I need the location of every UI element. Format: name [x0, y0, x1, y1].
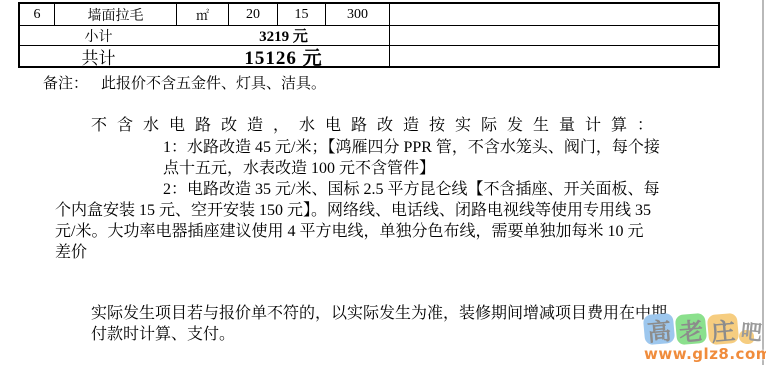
watermark-url: www.glz8.com [644, 345, 766, 363]
remark-label: 备注： [43, 76, 88, 92]
notes-line-6: 差价 [55, 239, 87, 262]
cell-item-no: 6 [20, 4, 55, 26]
agreement-line-2: 付款时计算、支付。 [91, 321, 235, 344]
total-value: 15126 元 [177, 46, 390, 66]
subtotal-extra-cell [390, 26, 718, 46]
notes-line-4: 个内盒安装 15 元、空开安装 150 元】。网络线、电话线、闭路电视线等使用专… [55, 197, 651, 220]
cell-item-quantity: 20 [229, 4, 278, 26]
watermark-block-lao: 老 [675, 313, 708, 346]
watermark-block-zhuang: 庄 [707, 313, 740, 346]
notes-line-2: 点十五元，水表改造 100 元不含管件】 [163, 155, 435, 178]
site-watermark: 高 老 庄 吧 www.glz8.com [644, 314, 766, 363]
remark-text: 此报价不含五金件、灯具、洁具。 [101, 76, 326, 92]
watermark-blocks: 高 老 庄 吧 [644, 314, 766, 344]
cell-item-amount: 300 [326, 4, 390, 26]
subtotal-merged-cell: 小计 3219 元 [20, 26, 390, 46]
page-edge-line [762, 0, 764, 365]
total-label: 共计 [20, 46, 177, 66]
notes-line-1: 1：水路改造 45 元/米；【鸿雁四分 PPR 管，不含水笼头、阀门，每个接 [163, 134, 660, 157]
quotation-table: 6 墙面拉毛 ㎡ 20 15 300 小计 3219 元 共计 15126 元 [18, 2, 720, 68]
total-merged-cell: 共计 15126 元 [20, 46, 390, 66]
notes-line-5: 元/米。大功率电器插座建议使用 4 平方电线，单独分色布线，需要单独加每米 10… [55, 218, 643, 241]
remark-line: 备注：此报价不含五金件、灯具、洁具。 [43, 72, 326, 93]
watermark-block-gao: 高 [643, 313, 676, 346]
watermark-suffix-ba: 吧 [741, 316, 763, 344]
table-row-total: 共计 15126 元 [20, 46, 718, 66]
notes-heading: 不含水电路改造，水电路改造按实际发生量计算： [91, 112, 663, 135]
subtotal-label: 小计 [20, 26, 177, 45]
notes-line-3: 2：电路改造 35 元/米、国标 2.5 平方昆仑线【不含插座、开关面板、每 [163, 176, 659, 199]
cell-item-name: 墙面拉毛 [55, 4, 177, 26]
watermark-suffix-char: 吧 [739, 315, 763, 347]
cell-item-extra [390, 4, 718, 26]
agreement-line-1: 实际发生项目若与报价单不符的，以实际发生为准，装修期间增减项目费用在中期 [91, 300, 667, 323]
table-row-subtotal: 小计 3219 元 [20, 26, 718, 46]
cell-item-unit: ㎡ [177, 4, 229, 26]
cell-item-unit-price: 15 [278, 4, 326, 26]
total-extra-cell [390, 46, 718, 66]
table-row-item: 6 墙面拉毛 ㎡ 20 15 300 [20, 4, 718, 26]
